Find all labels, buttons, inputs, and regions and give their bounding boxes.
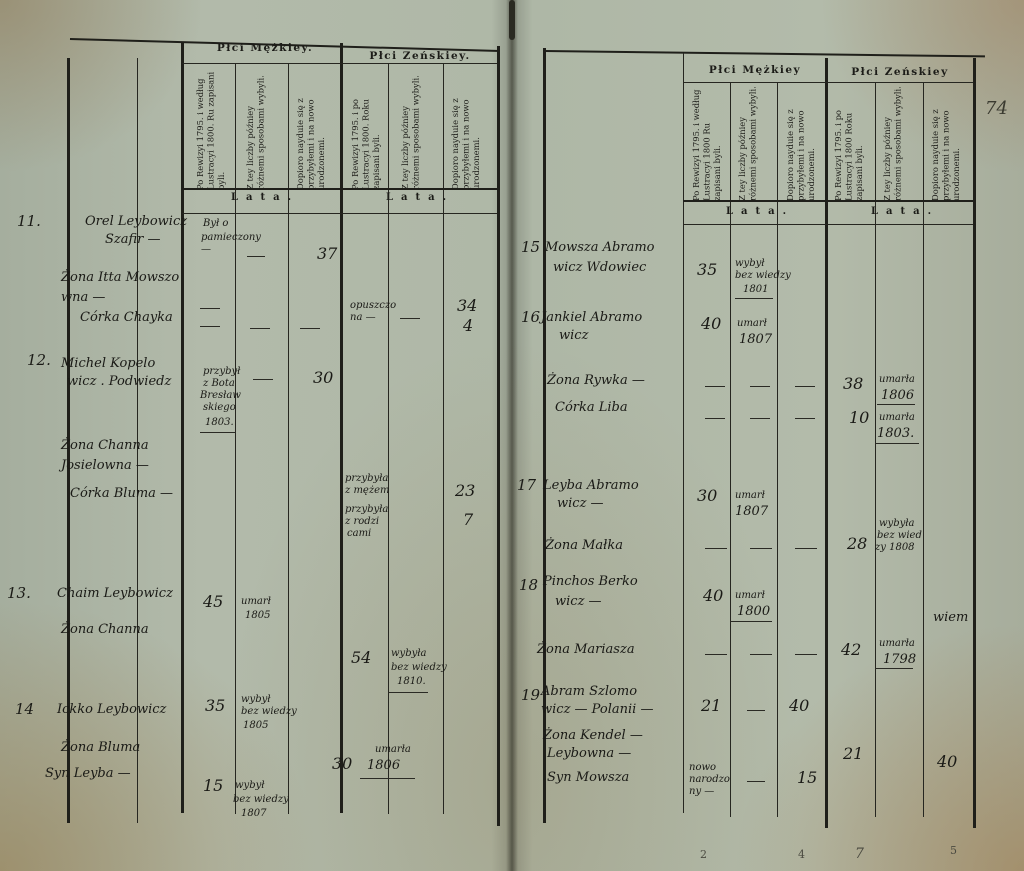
entry-name: Żona Małka — [545, 538, 623, 553]
entry-number: 12. — [27, 353, 51, 368]
entry-year: 1801 — [743, 284, 768, 296]
entry-age: 30 — [697, 488, 717, 503]
female-col-header-3: Dopioro nayduie się z przybyłemi i na no… — [930, 86, 962, 201]
entry-year: 1807 — [241, 808, 266, 820]
dash — [750, 386, 770, 387]
entry-age: 54 — [351, 650, 371, 665]
male-col-header-1: Po Rewizyi 1795. i według Lustracyi 1800… — [691, 86, 723, 201]
entry-note: opuszczo — [350, 300, 396, 312]
entry-number: 13. — [7, 586, 31, 601]
entry-year: 1805 — [245, 610, 270, 622]
entry-number: 15 — [521, 240, 540, 255]
group-header-rule — [182, 63, 497, 64]
entry-name: Jankiel Abramo — [541, 310, 642, 325]
entry-age: 23 — [455, 483, 475, 498]
male-col-header-1: Po Rewizyi 1795. i według Lustracyi 1800… — [195, 70, 227, 190]
underline — [388, 692, 428, 693]
entry-name: wicz — — [555, 594, 602, 609]
dash — [795, 548, 817, 549]
female-col-rule-2 — [923, 82, 924, 817]
entry-name: wna — — [61, 290, 105, 305]
female-col-rule-2 — [443, 64, 444, 814]
entry-name: Żona Itta Mowszo — [61, 270, 179, 285]
entry-note: umarła — [879, 638, 915, 650]
group-divider — [825, 58, 828, 828]
entry-age: 30 — [313, 370, 333, 385]
group-header-rule — [683, 82, 973, 83]
dash — [795, 418, 815, 419]
entry-age: 28 — [847, 536, 867, 551]
entry-name: wicz Wdowiec — [553, 260, 646, 275]
dash — [705, 548, 727, 549]
entry-note: skiego — [203, 402, 236, 414]
entry-name: Michel Kopelo — [61, 356, 155, 371]
entry-age: 21 — [843, 746, 863, 761]
entry-note: przybył — [203, 366, 240, 378]
male-col-header-3: Dopioro nayduie się z przybyłemi i na no… — [295, 70, 327, 190]
entry-note: umarła — [879, 412, 915, 424]
entry-age: 45 — [203, 594, 223, 609]
entry-note: wybyła — [391, 648, 426, 660]
entry-name: Josielowna — — [61, 458, 149, 473]
entry-note: umarł — [737, 318, 767, 330]
male-col-header-2: Z tey liczby późniey różnemi sposobami w… — [245, 70, 266, 190]
entry-year: zy 1808 — [875, 542, 915, 554]
entry-name: Orel Leybowicz — [85, 214, 187, 229]
female-col-header-2: Z tey liczby późniey różnemi sposobami w… — [400, 70, 421, 190]
entry-age: 15 — [203, 778, 223, 793]
entry-year: 1800 — [737, 604, 770, 619]
entry-name: Córka Chayka — [80, 310, 173, 325]
entry-note: wybył — [241, 694, 271, 706]
entry-name: Leyba Abramo — [543, 478, 639, 493]
entry-name: Żona Mariasza — [537, 642, 635, 657]
entry-note: umarł — [735, 590, 765, 602]
dash — [747, 781, 765, 782]
entry-age: 38 — [843, 376, 863, 391]
dash — [250, 328, 270, 329]
entry-age: 40 — [937, 754, 957, 769]
bottom-mark: 2 — [700, 848, 707, 861]
entry-age: 30 — [332, 756, 352, 771]
entry-note: cami — [347, 528, 371, 540]
entry-name: Żona Bluma — [61, 740, 140, 755]
entry-note: wybył — [235, 780, 265, 792]
entry-name: Córka Bluma — — [70, 486, 173, 501]
female-group-header: Płci Zeńskiey — [830, 66, 970, 78]
lata-label-female: Lata. — [345, 192, 495, 203]
entry-year: 1803. — [877, 426, 914, 441]
entry-note: bez wiedzy — [233, 794, 289, 806]
entry-number: 11. — [17, 214, 41, 229]
dash — [253, 379, 273, 380]
entry-name: wicz — Polanii — — [541, 702, 653, 717]
lata-bottom-rule — [683, 224, 973, 225]
entry-note: z rodzi — [345, 516, 379, 528]
male-col-rule-2 — [777, 82, 778, 817]
dash — [300, 328, 320, 329]
name-column-rule — [683, 53, 684, 813]
entry-note: wybyła — [879, 518, 914, 530]
female-group-header: Płci Zeńskiey. — [345, 50, 495, 62]
female-col-header-2: Z tey liczby późniey różnemi sposobami w… — [882, 86, 903, 201]
male-group-header: Płci Mężkiey. — [195, 42, 335, 54]
entry-note: Był o — [203, 218, 228, 230]
margin-note: wiem — [933, 610, 968, 625]
entry-name: Szafir — — [105, 232, 161, 247]
female-col-header-1: Po Rewizyi 1795. i po Lustracyi 1800 Rok… — [833, 86, 865, 201]
male-col-header-3: Dopioro nayduie się z przybyłemi i na no… — [785, 86, 817, 201]
entry-note: nowo — [689, 762, 716, 774]
entry-note: bez wied — [877, 530, 922, 542]
entry-number: 14 — [15, 702, 34, 717]
underline — [875, 443, 919, 444]
entry-name: Mowsza Abramo — [545, 240, 655, 255]
entry-age: 35 — [697, 262, 717, 277]
entry-year: 1806 — [881, 388, 914, 403]
entry-name: Żona Channa — [61, 438, 149, 453]
entry-note: z Bota — [203, 378, 235, 390]
header-bottom-rule — [683, 200, 973, 202]
name-column-right-rule — [181, 43, 184, 813]
bottom-mark: 7 — [855, 846, 864, 862]
entry-note: ny — — [689, 786, 714, 798]
dash — [750, 418, 770, 419]
entry-age: 40 — [789, 698, 809, 713]
bottom-mark: 4 — [798, 848, 805, 861]
entry-name: Syn Mowsza — [547, 770, 629, 785]
male-col-rule-2 — [288, 64, 289, 814]
dash — [750, 548, 772, 549]
entry-name: Żona Channa — [61, 622, 149, 637]
dash — [705, 386, 725, 387]
underline — [730, 621, 772, 622]
entry-name: Leybowna — — [547, 746, 631, 761]
entry-year: 1798 — [883, 652, 916, 667]
right-outer-rule — [497, 46, 500, 826]
entry-name: Córka Liba — [555, 400, 628, 415]
dash — [247, 256, 265, 257]
entry-age: 7 — [463, 512, 473, 527]
entry-name: Żona Rywka — — [547, 373, 645, 388]
entry-note: umarła — [879, 374, 915, 386]
dash — [705, 654, 727, 655]
entry-number: 19 — [521, 688, 540, 703]
entry-name: Ickko Leybowicz — [57, 702, 166, 717]
entry-note: wybył — [735, 258, 765, 270]
bottom-mark: 5 — [950, 844, 957, 857]
male-group-header: Płci Mężkiey — [690, 64, 820, 76]
entry-note: przybyła — [345, 504, 388, 516]
entry-age: 21 — [701, 698, 721, 713]
binding-thread — [509, 0, 515, 40]
entry-name: wicz — — [557, 496, 604, 511]
entry-age: 35 — [205, 698, 225, 713]
entry-number: 16 — [521, 310, 540, 325]
entry-age: 15 — [797, 770, 817, 785]
dash — [795, 386, 815, 387]
dash — [747, 710, 765, 711]
right-outer-rule — [973, 58, 976, 828]
entry-name: Abram Szlomo — [541, 684, 637, 699]
entry-age: 37 — [317, 246, 337, 261]
entry-note: bez wiedzy — [391, 662, 447, 674]
entry-name: wicz — [559, 328, 588, 343]
entry-name: wicz . Podwiedz — [67, 374, 171, 389]
group-divider — [340, 43, 343, 813]
entry-year: 1807 — [739, 332, 772, 347]
lata-label-male: Lata. — [195, 192, 335, 203]
book-spread: Płci Mężkiey. Płci Zeńskiey. Po Rewizyi … — [0, 0, 1024, 871]
entry-age: 4 — [463, 318, 473, 333]
dash — [200, 308, 220, 309]
left-page: Płci Mężkiey. Płci Zeńskiey. Po Rewizyi … — [45, 28, 505, 828]
entry-note: umarł — [241, 596, 271, 608]
entry-age: 42 — [841, 642, 861, 657]
entry-note: umarła — [375, 744, 411, 756]
male-col-rule-1 — [235, 64, 236, 814]
entry-note: przybyła — [345, 473, 388, 485]
entry-age: 40 — [703, 588, 723, 603]
underline — [875, 668, 913, 669]
entry-note: pamieczony — — [201, 232, 237, 256]
book-gutter — [506, 0, 518, 871]
entry-note: z mężem — [345, 485, 390, 497]
lata-bottom-rule — [182, 213, 497, 214]
entry-age: 40 — [701, 316, 721, 331]
dash — [200, 326, 220, 327]
entry-name: Żona Kendel — — [543, 728, 643, 743]
entry-name: Syn Leyba — — [45, 766, 131, 781]
dash — [705, 418, 725, 419]
entry-year: 1806 — [367, 758, 400, 773]
entry-note: bez wiedzy — [241, 706, 297, 718]
entry-note: na — — [350, 312, 376, 324]
entry-year: 1807 — [735, 504, 768, 519]
dash — [795, 654, 817, 655]
female-col-rule-1 — [388, 64, 389, 814]
entry-note: umarł — [735, 490, 765, 502]
entry-note: bez wiedzy — [735, 270, 791, 282]
underline — [200, 432, 236, 433]
lata-label-female: Lata. — [835, 206, 975, 217]
entry-number: 18 — [519, 578, 538, 593]
male-col-header-2: Z tey liczby późniey różnemi sposobami w… — [737, 86, 758, 201]
entry-note: Bresław — [200, 390, 241, 402]
entry-year: 1803. — [205, 417, 234, 429]
female-col-rule-1 — [875, 82, 876, 817]
top-rule — [545, 50, 985, 57]
lata-label-male: Lata. — [695, 206, 825, 217]
underline — [877, 404, 915, 405]
female-col-header-1: Po Rewizyi 1795. i po Lustracyi 1800. Ro… — [350, 70, 382, 190]
dash — [750, 654, 772, 655]
underline — [360, 778, 415, 779]
right-page: Płci Mężkiey Płci Zeńskiey Po Rewizyi 17… — [525, 48, 975, 828]
underline — [735, 298, 773, 299]
entry-note: narodzo — [689, 774, 730, 786]
entry-number: 17 — [517, 478, 536, 493]
dash — [400, 318, 420, 319]
male-col-rule-1 — [730, 82, 731, 817]
entry-name: Pinchos Berko — [543, 574, 638, 589]
female-col-header-3: Dopioro nayduie się z przybyłemi i na no… — [450, 70, 482, 190]
header-bottom-rule — [182, 188, 497, 190]
folio-number: 74 — [985, 98, 1008, 119]
entry-year: 1805 — [243, 720, 268, 732]
entry-year: 1810. — [397, 676, 426, 688]
entry-age: 10 — [849, 410, 869, 425]
entry-name: Chaim Leybowicz — [57, 586, 173, 601]
entry-age: 34 — [457, 298, 477, 313]
